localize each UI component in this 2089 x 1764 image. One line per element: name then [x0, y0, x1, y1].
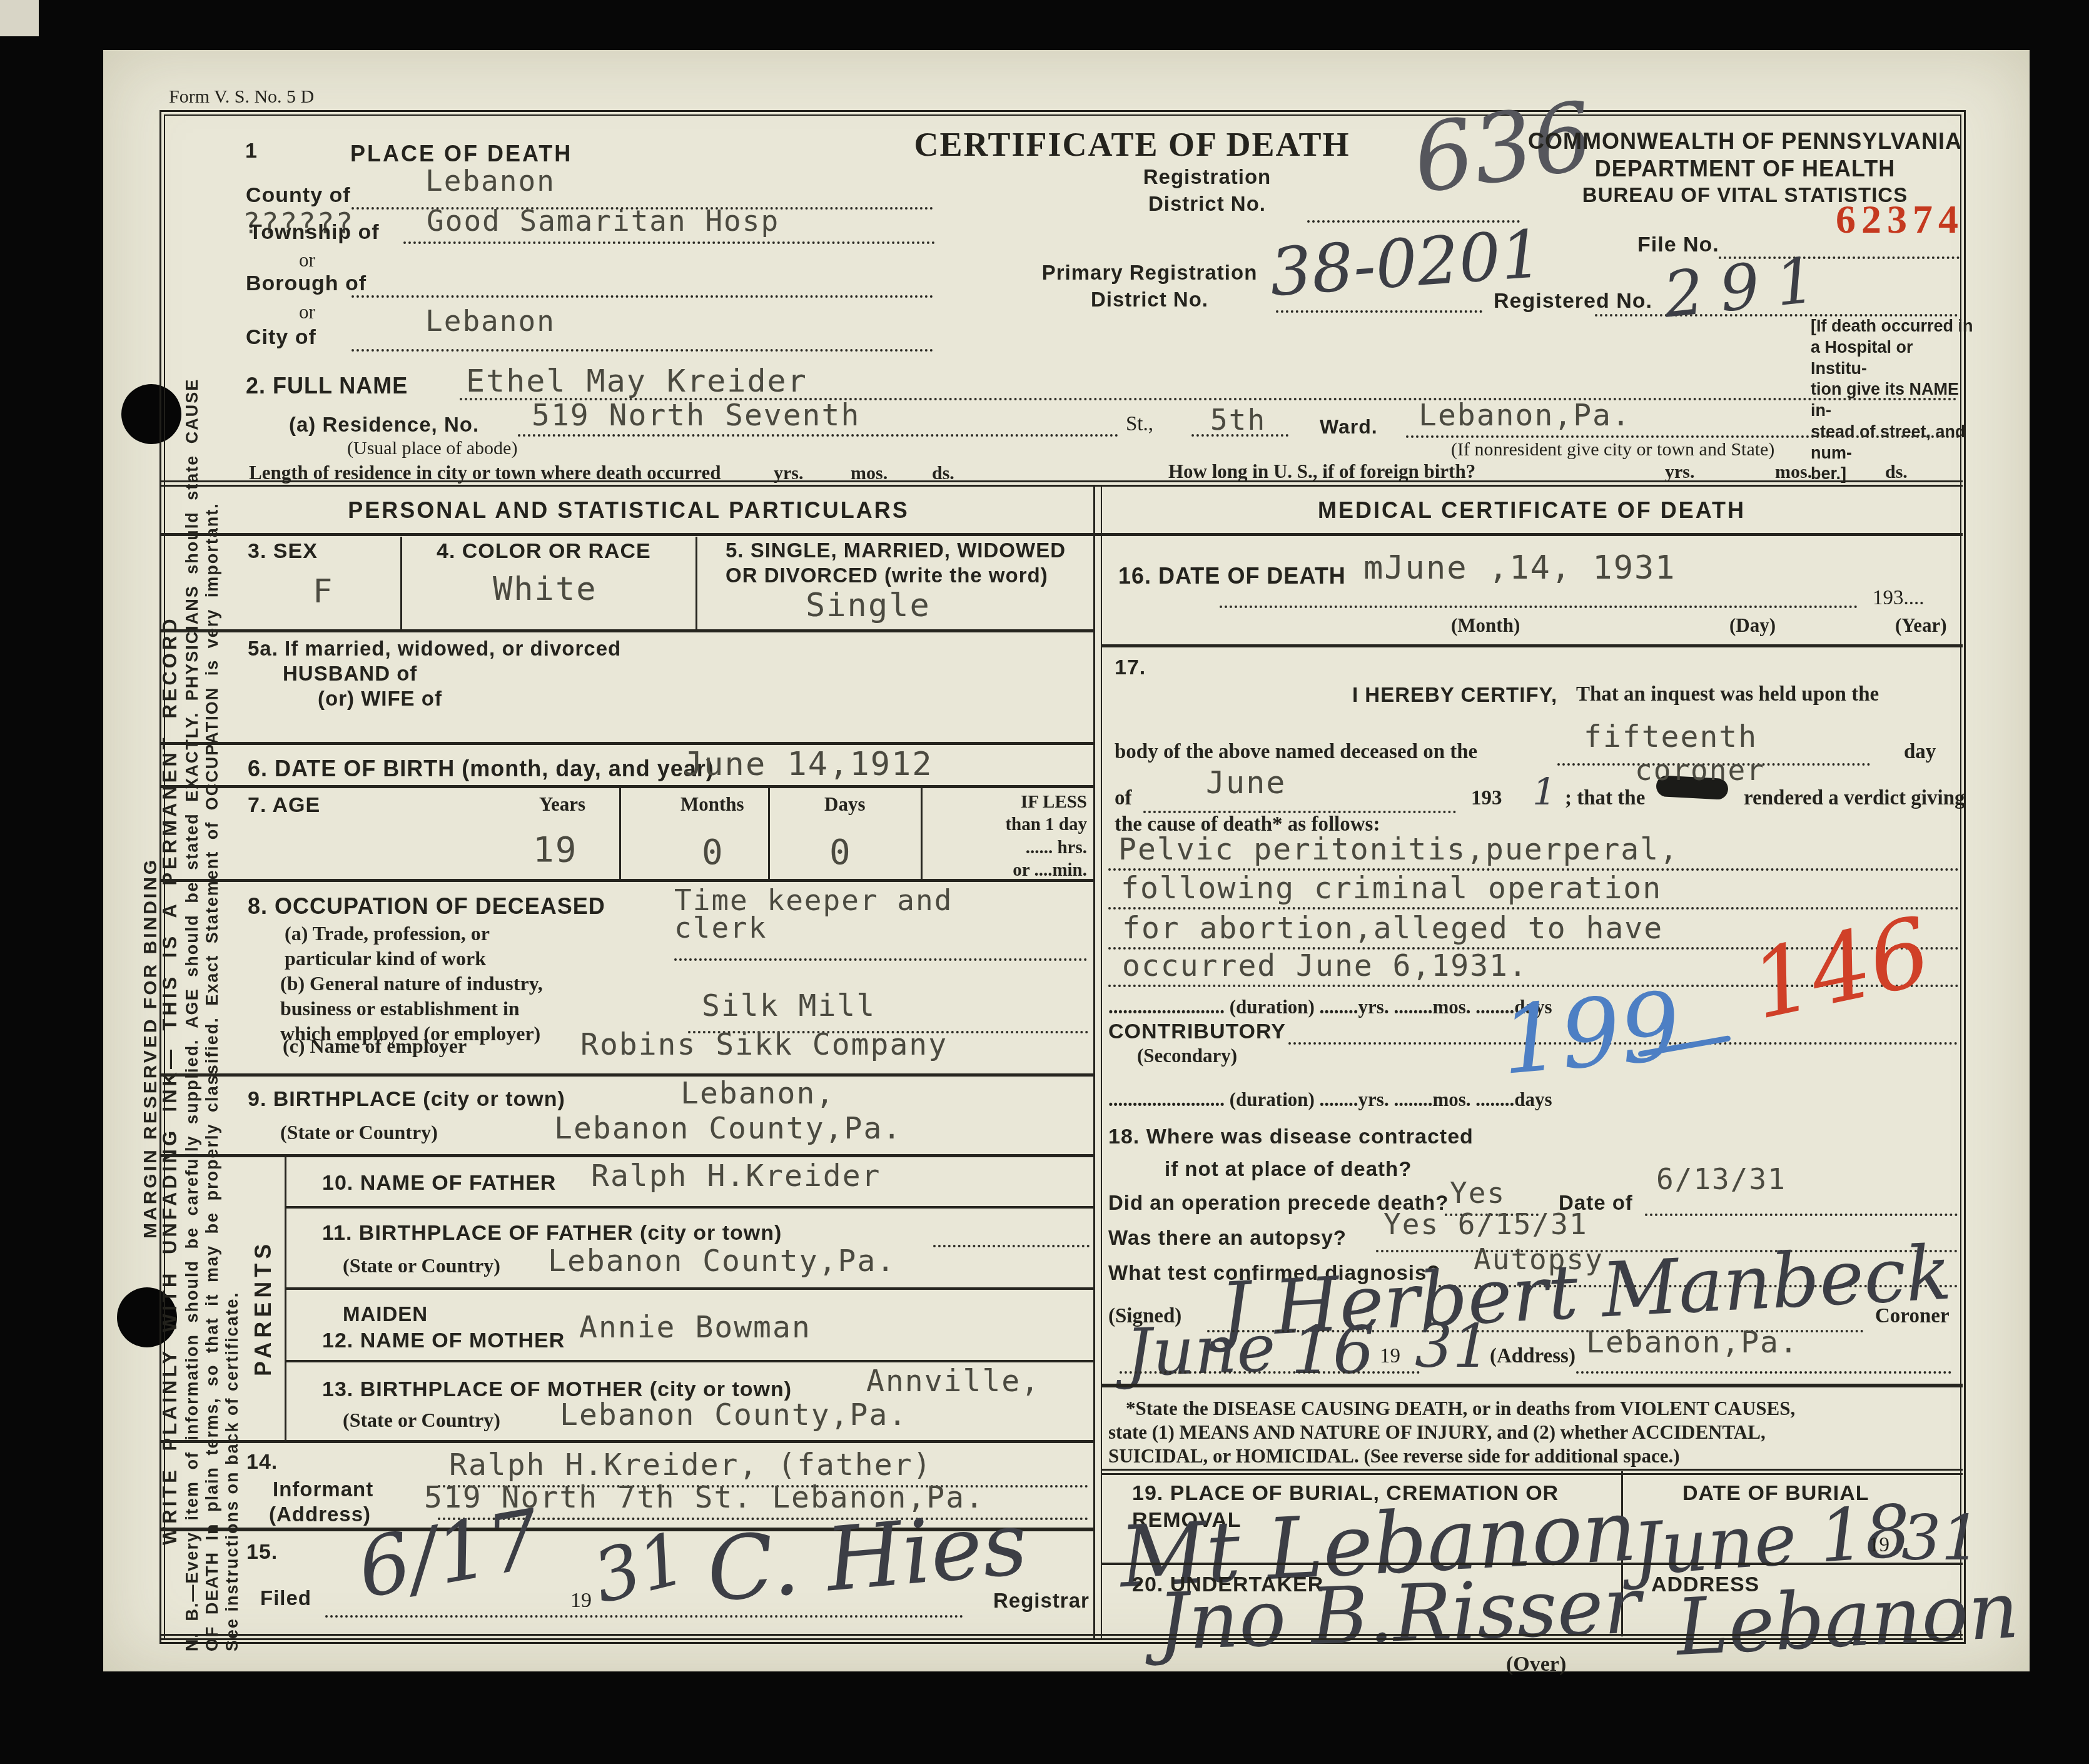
inquest-month-value: June — [1206, 764, 1286, 801]
father-birthplace-value: Lebanon County,Pa. — [548, 1244, 896, 1279]
cause-line1: Pelvic peritonitis,puerperal, — [1118, 832, 1679, 867]
section1-number: 1 — [245, 139, 258, 163]
sign-month-value: June — [1125, 1310, 1277, 1391]
sex-value: F — [313, 573, 333, 611]
coroner-address-value: Lebanon,Pa. — [1586, 1325, 1799, 1360]
dotted-line — [933, 1242, 1090, 1247]
maiden-label: MAIDEN — [343, 1302, 428, 1326]
of-word: of — [1115, 787, 1132, 810]
or-word: or — [299, 249, 315, 271]
coroner-overtype-value: coroner — [1635, 753, 1765, 787]
form-number: Form V. S. No. 5 D — [169, 86, 314, 108]
residence-city-value: Lebanon,Pa. — [1419, 398, 1631, 433]
informant-value: Ralph H.Kreider, (father) — [449, 1447, 932, 1483]
ward-label: Ward. — [1320, 415, 1378, 438]
footnote-line2: state (1) MEANS AND NATURE OF INJURY, an… — [1108, 1421, 1766, 1444]
cell-divider — [768, 788, 770, 879]
day-word: day — [1904, 741, 1936, 764]
sex-label: 3. SEX — [248, 539, 318, 564]
abode-note: (Usual place of abode) — [347, 438, 517, 459]
cause-line2: following criminal operation — [1121, 871, 1662, 906]
year-digit-hand: 1 — [1532, 771, 1556, 814]
certificate-title: CERTIFICATE OF DEATH — [873, 125, 1392, 164]
mother-birthplace-value: Lebanon County,Pa. — [560, 1397, 908, 1432]
year-header: (Year) — [1895, 614, 1947, 637]
cell-divider — [695, 537, 697, 631]
sign-year-value: 31 — [1415, 1312, 1490, 1381]
registered-no-label: Registered No. — [1494, 289, 1652, 313]
marital-label: 5. SINGLE, MARRIED, WIDOWED OR DIVORCED … — [726, 538, 1088, 587]
informant-number: 14. — [246, 1450, 278, 1474]
rule — [161, 1634, 1963, 1640]
certify-rest-text: That an inquest was held upon the — [1576, 683, 1879, 706]
rule — [286, 1287, 1095, 1290]
days-header: Days — [824, 793, 865, 816]
informant-label: Informant — [273, 1478, 373, 1501]
date-of-death-value: mJune ,14, 1931 — [1363, 549, 1676, 587]
birthplace-state-value: Lebanon County,Pa. — [554, 1111, 902, 1146]
rule — [161, 1154, 1095, 1157]
autopsy-value: Yes 6/15/31 — [1383, 1207, 1588, 1241]
parents-bracket-line — [285, 1156, 286, 1441]
mother-name-label: 12. NAME OF MOTHER — [322, 1329, 565, 1353]
rule — [161, 1073, 1095, 1077]
rule — [161, 879, 1095, 882]
secondary-label: (Secondary) — [1137, 1045, 1237, 1067]
ds-label: ds. — [1885, 462, 1908, 483]
dotted-line — [1576, 1369, 1951, 1374]
marital-value: Single — [806, 587, 931, 624]
undertaker-address-value: Lebanon — [1674, 1565, 2021, 1673]
date-of-birth-label: 6. DATE OF BIRTH (month, day, and year) — [248, 756, 714, 782]
personal-particulars-heading: PERSONAL AND STATISTICAL PARTICULARS — [163, 497, 1095, 524]
birthplace-state-label: (State or Country) — [280, 1121, 438, 1144]
month-header: (Month) — [1451, 614, 1520, 637]
filed-label: Filed — [260, 1586, 311, 1610]
if-less-label: IF LESS than 1 day ...... hrs. or ....mi… — [956, 791, 1087, 881]
dotted-line — [1143, 808, 1456, 813]
registration-district-label: Registration District No. — [1104, 164, 1310, 218]
dotted-line — [1108, 866, 1959, 871]
coroner-title-label: Coroner — [1875, 1305, 1950, 1328]
color-race-label: 4. COLOR OR RACE — [437, 539, 651, 564]
husband-of-label: HUSBAND of — [283, 662, 417, 686]
section17-number: 17. — [1115, 656, 1146, 680]
printed-193b: 193 — [1471, 787, 1502, 810]
years-header: Years — [539, 793, 585, 816]
that-the-text: ; that the — [1565, 787, 1645, 810]
nonresident-note: (If nonresident give city or town and St… — [1451, 439, 1774, 460]
corner-sliver — [0, 0, 39, 36]
residence-label: (a) Residence, No. — [289, 413, 479, 437]
footnote-line1: *State the DISEASE CAUSING DEATH, or in … — [1126, 1397, 1795, 1420]
burial-19-printed: 19 — [1869, 1534, 1889, 1557]
dotted-line — [1220, 603, 1858, 608]
or-word: or — [299, 301, 315, 323]
occupation-label: 8. OCCUPATION OF DECEASED — [248, 893, 605, 920]
inquest-day-value: fifteenth — [1584, 719, 1758, 754]
mother-birthplace-state-label: (State or Country) — [343, 1409, 500, 1432]
scanned-death-certificate: MARGIN RESERVED FOR BINDING WRITE PLAINL… — [0, 0, 2089, 1764]
duration-line: ........................ (duration) ....… — [1108, 996, 1552, 1018]
howlong-label: How long in U. S., if of foreign birth? — [1168, 460, 1475, 483]
color-race-value: White — [493, 570, 597, 608]
cause-line4: occurred June 6,1931. — [1122, 948, 1528, 983]
township-value: Good Samaritan Hosp — [427, 204, 779, 238]
autopsy-label: Was there an autopsy? — [1108, 1226, 1347, 1250]
dotted-line — [1406, 433, 1960, 438]
mother-birthplace-city-value: Annville, — [866, 1364, 1040, 1399]
rule — [1101, 644, 1963, 647]
county-value: Lebanon — [425, 164, 555, 198]
age-months-value: 0 — [702, 832, 724, 873]
rule — [161, 742, 1095, 745]
rule — [286, 1206, 1095, 1209]
address-label: (Address) — [1490, 1345, 1576, 1368]
cell-divider — [921, 788, 923, 879]
township-label: Township of — [249, 220, 380, 245]
full-name-value: Ethel May Kreider — [466, 363, 807, 399]
dotted-line — [1645, 1211, 1958, 1216]
father-birthplace-state-label: (State or Country) — [343, 1254, 500, 1277]
occupation-c-label: (c) Name of employer — [283, 1035, 467, 1058]
duration-line: ........................ (duration) ....… — [1108, 1088, 1552, 1111]
file-no-stamp: 62374 — [1836, 196, 1964, 243]
street-label: St., — [1126, 413, 1153, 436]
if-not-at-place-label: if not at place of death? — [1165, 1157, 1412, 1181]
certify-bold-text: I HEREBY CERTIFY, — [1352, 683, 1557, 707]
father-birthplace-label: 11. BIRTHPLACE OF FATHER (city or town) — [322, 1221, 782, 1245]
residence-value: 519 North Seventh — [532, 398, 860, 433]
verdict-text: rendered a verdict giving — [1744, 787, 1965, 810]
over-label: (Over) — [1506, 1653, 1566, 1676]
filed-19-printed: 19 — [570, 1589, 592, 1613]
mos-label: mos. — [1775, 462, 1812, 483]
margin-binding-note: MARGIN RESERVED FOR BINDING — [140, 858, 161, 1239]
footnote-line3: SUICIDAL, or HOMICIDAL. (See reverse sid… — [1108, 1445, 1680, 1467]
wife-of-label: (or) WIFE of — [318, 687, 442, 711]
dotted-line — [352, 347, 933, 352]
sign-19-printed: 19 — [1380, 1345, 1400, 1368]
primary-registration-label: Primary Registration District No. — [1018, 260, 1281, 313]
department-heading: DEPARTMENT OF HEALTH — [1498, 156, 1992, 182]
yrs-label: yrs. — [1665, 462, 1695, 483]
occupation-a-value: Time keeper and clerk — [674, 887, 953, 941]
registrar-label: Registrar — [993, 1589, 1090, 1613]
city-value: Lebanon — [425, 304, 555, 338]
age-years-value: 19 — [533, 829, 577, 870]
rule — [1101, 1384, 1963, 1387]
medical-certificate-heading: MEDICAL CERTIFICATE OF DEATH — [1101, 497, 1963, 524]
rule — [161, 533, 1963, 536]
date-of-birth-value: June 14,1912 — [683, 746, 933, 783]
occupation-a-label: (a) Trade, profession, or particular kin… — [285, 921, 490, 971]
rule — [161, 480, 1963, 487]
rule — [286, 1360, 1095, 1362]
dotted-line — [518, 432, 1118, 437]
place-of-death-title: PLACE OF DEATH — [350, 141, 572, 167]
dotted-line — [352, 293, 933, 298]
age-label: 7. AGE — [248, 793, 320, 818]
operation-date-value: 6/13/31 — [1656, 1162, 1786, 1196]
dotted-line — [674, 956, 1087, 961]
contributory-label: CONTRIBUTORY — [1108, 1020, 1286, 1044]
dotted-line — [403, 239, 935, 244]
cell-divider — [400, 537, 402, 631]
cause-line3: for abortion,alleged to have — [1122, 911, 1663, 946]
sign-day-value: 16 — [1291, 1312, 1375, 1389]
cell-divider — [619, 788, 621, 879]
dotted-line — [1120, 1369, 1420, 1374]
birthplace-label: 9. BIRTHPLACE (city or town) — [248, 1087, 565, 1112]
operation-precede-value: Yes — [1450, 1176, 1505, 1210]
center-divider — [1093, 485, 1102, 1639]
borough-label: Borough of — [246, 271, 367, 296]
body-of-deceased-text: body of the above named deceased on the — [1115, 741, 1477, 764]
birthplace-value: Lebanon, — [680, 1076, 835, 1111]
occupation-c-value: Robins Sikk Company — [580, 1027, 948, 1062]
case-number-blue: 199 — [1497, 972, 1684, 1096]
day-header: (Day) — [1729, 614, 1776, 637]
mother-name-value: Annie Bowman — [579, 1310, 811, 1345]
filed-number: 15. — [246, 1540, 278, 1564]
hospital-note: [If death occurred in a Hospital or Inst… — [1811, 316, 1973, 485]
commonwealth-heading: COMMONWEALTH OF PENNSYLVANIA — [1498, 128, 1992, 155]
father-name-label: 10. NAME OF FATHER — [322, 1171, 556, 1195]
father-name-value: Ralph H.Kreider — [591, 1158, 881, 1194]
printed-193: 193.... — [1873, 587, 1925, 610]
disease-contracted-label: 18. Where was disease contracted — [1108, 1125, 1474, 1149]
parents-label: PARENTS — [250, 1240, 276, 1376]
months-header: Months — [680, 793, 744, 816]
date-of-death-label: 16. DATE OF DEATH — [1118, 563, 1346, 589]
married-widowed-label: 5a. If married, widowed, or divorced — [248, 637, 621, 661]
county-label: County of — [246, 183, 351, 208]
age-days-value: 0 — [829, 832, 852, 873]
occupation-b-value: Silk Mill — [702, 988, 876, 1023]
rule — [161, 629, 1095, 632]
file-no-label: File No. — [1637, 233, 1719, 257]
rule — [1101, 1469, 1963, 1475]
full-name-label: 2. FULL NAME — [246, 373, 408, 399]
dotted-line — [1108, 905, 1959, 910]
rule — [161, 785, 1095, 788]
dotted-line — [1191, 432, 1288, 437]
undertaker-value: Jno B.Risser — [1156, 1561, 1642, 1668]
city-label: City of — [246, 325, 316, 350]
rule — [161, 1440, 1095, 1443]
dotted-line — [325, 1613, 963, 1618]
